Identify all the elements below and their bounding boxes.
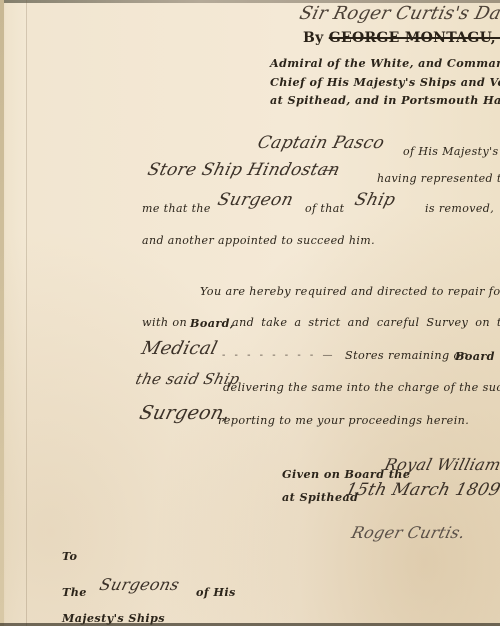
handwritten-date: 15th March 1809. (344, 480, 500, 500)
handwritten-surgeon: Surgeon (216, 190, 296, 210)
handwritten-ship: Ship (353, 190, 398, 210)
handwritten-endorsement: Sir Roger Curtis's Da... (297, 3, 500, 24)
p1-text-3: me that the (142, 202, 211, 215)
title-line-3: at Spithead, and in Portsmouth Harbour. (270, 93, 500, 107)
p1-text-1: of His Majesty's (403, 145, 499, 158)
title-line-2: Chief of His Majesty's Ships and Vessels… (270, 75, 500, 89)
p2-line-3: Stores remaining on (345, 349, 468, 362)
handwritten-vessel: Royal William (383, 455, 500, 474)
p2-line-2b: and take a strict and careful Survey on … (232, 316, 500, 329)
signature: Roger Curtis. (350, 523, 468, 542)
address-of-his: of His (196, 585, 236, 599)
p2-line-4: delivering the same into the charge of t… (223, 381, 500, 394)
title-line-1: Admiral of the White, and Commander in (270, 56, 500, 70)
paper-left-edge (0, 0, 4, 626)
p2-line-1: You are hereby required and directed to … (200, 285, 500, 298)
fold-line (26, 0, 27, 626)
p1-text-5: is removed, (425, 202, 494, 215)
document-page: Sir Roger Curtis's Da... By GEORGE MONTA… (0, 0, 500, 626)
p2-line-5: reporting to me your proceedings herein. (218, 414, 469, 427)
p1-text-6: and another appointed to succeed him. (142, 234, 375, 247)
p1-text-4: of that (305, 202, 344, 215)
p1-text-2: having represented to (377, 172, 500, 185)
struck-issuer-name: GEORGE MONTAGU, Esq. (329, 30, 500, 46)
handwritten-captain: Captain Pasco (256, 133, 387, 153)
fill-dashes: - - - - - - - - — (222, 350, 335, 361)
p2-line-2-board: Board, (190, 316, 234, 330)
address-to: To (62, 549, 77, 563)
handwritten-surgeons: Surgeons (98, 575, 182, 594)
p2-line-3-board: Board (455, 349, 495, 363)
p2-line-2a: with on (142, 316, 187, 329)
by-label: By (303, 30, 324, 46)
handwritten-ship-name: Store Ship Hindostan (146, 160, 343, 180)
handwritten-medical: Medical (139, 338, 219, 359)
address-the: The (62, 585, 87, 599)
issuer-line: By GEORGE MONTAGU, Esq. (303, 30, 500, 46)
